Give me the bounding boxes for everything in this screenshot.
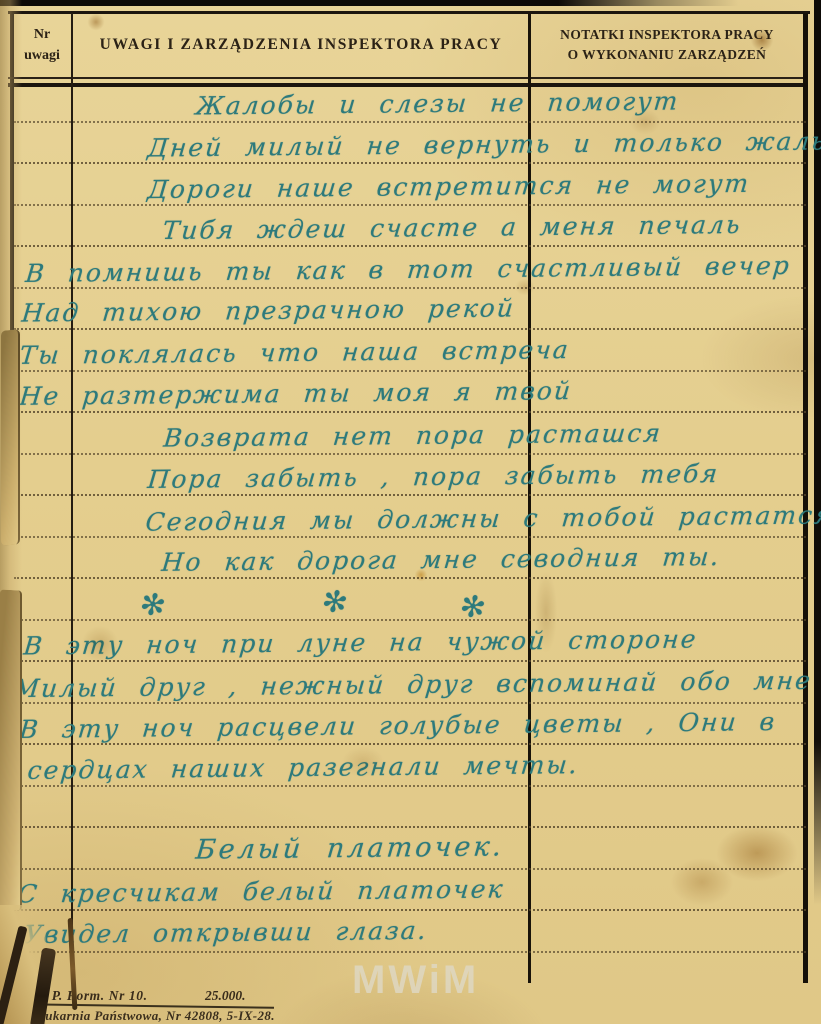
ruled-line	[14, 411, 806, 413]
ruled-line	[14, 577, 806, 579]
header-main-title: UWAGI I ZARZĄDZENIA INSPEKTORA PRACY	[100, 36, 503, 54]
header-notes-line2: O WYKONANIU ZARZĄDZEŃ	[568, 45, 767, 65]
header-notes-line1: NOTATKI INSPEKTORA PRACY	[560, 25, 774, 45]
handwritten-line: Но как дорога мне севодния ты.	[160, 542, 722, 577]
ruled-line	[14, 162, 806, 164]
header-cell-notatki: NOTATKI INSPEKTORA PRACY O WYKONANIU ZAR…	[532, 13, 802, 77]
printer-imprint-label: Drukarnia Państwowa, Nr 42808, 5-IX-28.	[30, 1008, 275, 1024]
handwritten-line: Дороги наше встретится не могут	[146, 169, 751, 204]
nr-column-divider	[71, 13, 73, 983]
ruled-line	[14, 453, 806, 455]
ruled-line	[14, 909, 806, 911]
header-separator-thick-line	[8, 83, 808, 87]
print-run-label: 25.000.	[205, 988, 246, 1004]
ruled-line	[14, 287, 806, 289]
ruled-line	[14, 951, 806, 953]
archive-watermark: MWiM	[352, 958, 479, 1003]
ruled-line	[14, 494, 806, 496]
ruled-line	[14, 785, 806, 787]
handwritten-line: Тибя ждеш счасте а меня печаль	[161, 210, 743, 245]
handwritten-line: В помнишь ты как в тот счастливый вечер	[24, 251, 792, 288]
ruled-line	[14, 660, 806, 662]
handwritten-line: Над тихою презрачною рекой	[20, 293, 516, 327]
separator-star-mark: ✻	[318, 582, 351, 622]
header-nr-line1: Nr	[34, 24, 50, 45]
form-number-label: I. P. Form. Nr 10.	[38, 988, 148, 1004]
ruled-line	[14, 826, 806, 828]
paper-fold	[1, 329, 20, 545]
header-nr-line2: uwagi	[24, 45, 60, 66]
handwritten-line: Возврата нет пора расташся	[162, 418, 663, 452]
handwritten-line: Увидел открывши глаза.	[22, 916, 429, 949]
ruled-line	[14, 536, 806, 538]
header-cell-uwagi-zarzadzenia: UWAGI I ZARZĄDZENIA INSPEKTORA PRACY	[74, 13, 528, 77]
frame-right-border	[803, 13, 808, 983]
handwritten-line: Не разтержима ты моя я твой	[18, 376, 573, 411]
handwritten-line: Сегодния мы должны с тобой растатся	[144, 500, 821, 536]
ruled-line	[14, 868, 806, 870]
separator-star-mark: ✻	[456, 587, 489, 627]
handwritten-line: сердцах наших разегнали мечты.	[26, 750, 580, 785]
handwritten-line: Ты поклялась что наша встреча	[18, 335, 571, 370]
handwritten-line: Жалобы и слезы не помогут	[194, 86, 680, 120]
ruled-line	[14, 743, 806, 745]
scanned-inspector-form-page: Nr uwagi UWAGI I ZARZĄDZENIA INSPEKTORA …	[0, 0, 821, 1024]
ruled-line	[14, 245, 806, 247]
scan-edge-top	[0, 0, 821, 6]
ruled-line	[14, 204, 806, 206]
handwritten-line: Милый друг , нежный друг вспоминай обо м…	[12, 666, 813, 703]
handwritten-line: С кресчикам белый платочек	[16, 874, 506, 908]
ruled-line	[14, 328, 806, 330]
handwritten-line: В эту ноч расцвели голубые цветы , Они в	[18, 707, 777, 744]
ruled-line	[14, 370, 806, 372]
ruled-line	[14, 619, 806, 621]
ruled-line	[14, 702, 806, 704]
handwritten-line: В эту ноч при луне на чужой стороне	[22, 624, 699, 660]
handwritten-line: Пора забыть , пора забыть тебя	[146, 459, 720, 494]
header-separator-thin-line	[8, 77, 808, 79]
handwritten-line: Дней милый не вернуть и только жаль	[146, 126, 821, 162]
ruled-line	[14, 121, 806, 123]
handwritten-title: Белый платочек.	[194, 831, 505, 865]
paper-fold	[0, 589, 22, 910]
